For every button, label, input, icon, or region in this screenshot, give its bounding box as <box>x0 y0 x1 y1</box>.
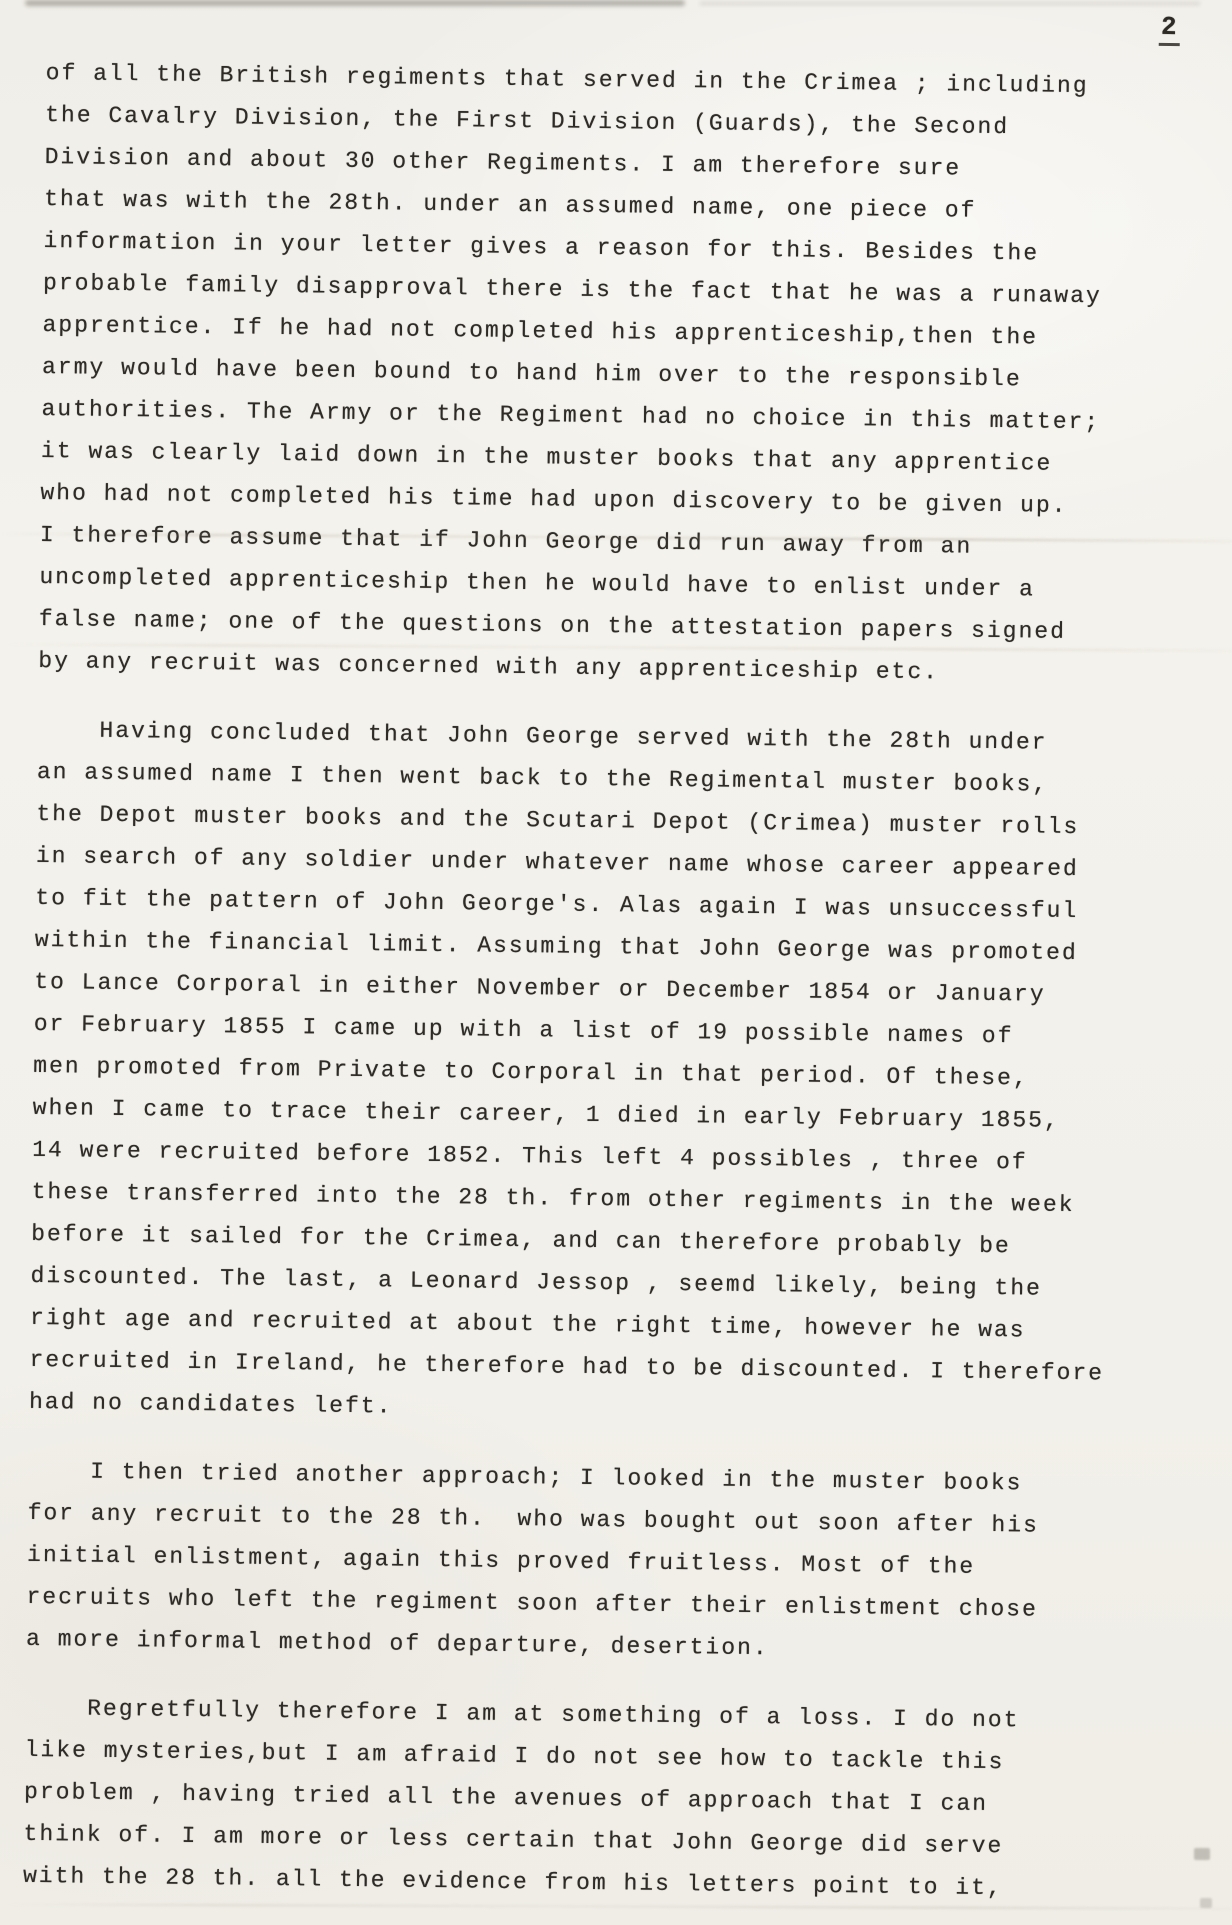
letter-page: 2 of all the British regiments that serv… <box>0 0 1232 1925</box>
paragraph-4: Regretfully therefore I am at something … <box>23 1687 1176 1911</box>
paragraph-3: I then tried another approach; I looked … <box>26 1450 1179 1674</box>
paragraph-2: Having concluded that John George served… <box>29 709 1188 1437</box>
page-number: 2 <box>1159 12 1180 46</box>
paragraph-1: of all the British regiments that served… <box>38 52 1196 696</box>
scan-artifact-speck <box>1200 1898 1212 1908</box>
scan-artifact-top <box>25 0 685 6</box>
scan-artifact-top-right <box>700 2 1200 5</box>
letter-body: of all the British regiments that served… <box>23 52 1196 1911</box>
scan-artifact-speck <box>1194 1848 1210 1860</box>
